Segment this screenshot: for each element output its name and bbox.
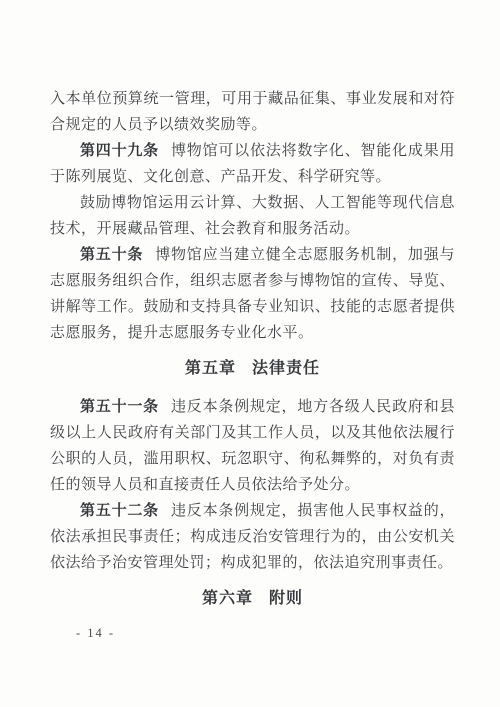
- article-51-number: 第五十一条: [80, 399, 159, 415]
- article-52: 第五十二条违反本条例规定，损害他人民事权益的，依法承担民事责任；构成违反治安管理…: [50, 498, 455, 576]
- article-49: 第四十九条博物馆可以依法将数字化、智能化成果用于陈列展览、文化创意、产品开发、科…: [50, 138, 455, 190]
- document-page: 入本单位预算统一管理，可用于藏品征集、事业发展和对符合规定的人员予以绩效奖励等。…: [0, 0, 500, 707]
- article-50-number: 第五十条: [80, 247, 143, 263]
- article-50: 第五十条博物馆应当建立健全志愿服务机制，加强与志愿服务组织合作，组织志愿者参与博…: [50, 242, 455, 346]
- paragraph-continuation: 入本单位预算统一管理，可用于藏品征集、事业发展和对符合规定的人员予以绩效奖励等。: [50, 86, 455, 138]
- document-body: 入本单位预算统一管理，可用于藏品征集、事业发展和对符合规定的人员予以绩效奖励等。…: [50, 86, 455, 624]
- chapter-6-number: 第六章: [202, 590, 253, 607]
- paragraph-encourage: 鼓励博物馆运用云计算、大数据、人工智能等现代信息技术，开展藏品管理、社会教育和服…: [50, 190, 455, 242]
- article-51: 第五十一条违反本条例规定，地方各级人民政府和县级以上人民政府有关部门及其工作人员…: [50, 394, 455, 498]
- chapter-6-heading: 第六章附则: [50, 586, 455, 612]
- chapter-6-title: 附则: [269, 590, 303, 607]
- article-52-number: 第五十二条: [80, 503, 159, 519]
- chapter-5-title: 法律责任: [252, 360, 320, 377]
- chapter-5-number: 第五章: [185, 360, 236, 377]
- article-49-number: 第四十九条: [80, 143, 159, 159]
- page-number: - 14 -: [76, 626, 115, 641]
- chapter-5-heading: 第五章法律责任: [50, 356, 455, 382]
